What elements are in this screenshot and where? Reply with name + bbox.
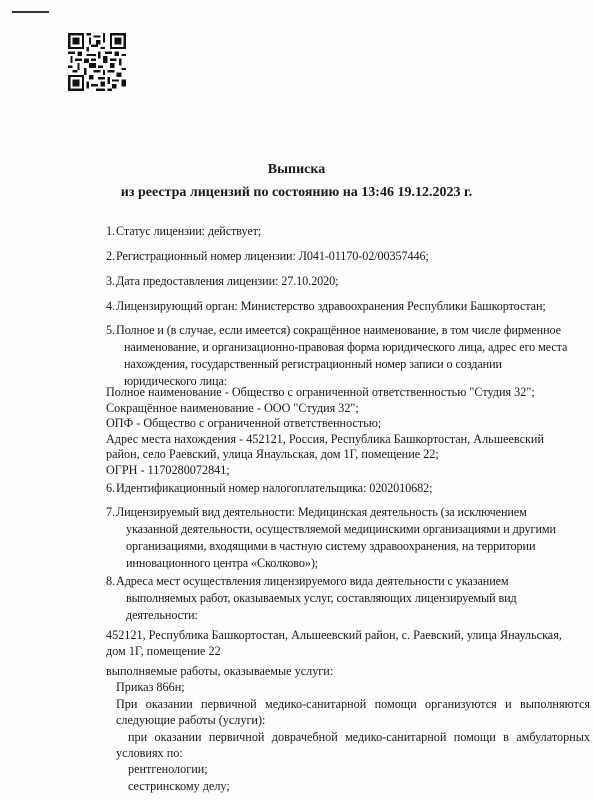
activity-address-line: дом 1Г, помещение 22: [106, 644, 586, 660]
item-grant-date: 3. Дата предоставления лицензии: 27.10.2…: [106, 273, 338, 290]
entity-short-name: Сокращённое наименование - ООО "Студия 3…: [106, 401, 586, 417]
item-text: выполняемых работ, оказываемых услуг, со…: [106, 590, 517, 607]
service-item: сестринскому делу;: [106, 778, 590, 794]
entity-opf: ОПФ - Общество с ограниченной ответствен…: [106, 416, 586, 432]
item-entity-names: 5. Полное и (в случае, если имеется) сок…: [106, 322, 567, 390]
item-license-status: 1. Статус лицензии: действует;: [106, 223, 261, 240]
services-section: выполняемые работы, оказываемые услуги: …: [106, 663, 590, 794]
item-text: Полное и (в случае, если имеется) сокращ…: [106, 322, 567, 339]
item-text: Дата предоставления лицензии: 27.10.2020…: [106, 273, 338, 290]
item-text: Адреса мест осуществления лицензируемого…: [106, 573, 517, 590]
services-sub-intro: при оказании первичной доврачебной медик…: [106, 729, 590, 762]
item-number: 5.: [106, 322, 115, 339]
item-text: нахождения, государственный регистрацион…: [106, 356, 567, 373]
item-text: указанной деятельности, осуществляемой м…: [106, 521, 556, 538]
entity-full-name: Полное наименование - Общество с огранич…: [106, 385, 586, 401]
document-title: Выписка: [0, 162, 593, 178]
item-registration-number: 2. Регистрационный номер лицензии: Л041-…: [106, 248, 429, 265]
item-text: Регистрационный номер лицензии: Л041-011…: [106, 248, 429, 265]
item-text: организациями, входящими в частную систе…: [106, 538, 556, 555]
item-text: деятельности:: [106, 607, 517, 624]
item-number: 7.: [106, 504, 115, 521]
item-activity-addresses: 8. Адреса мест осуществления лицензируем…: [106, 573, 517, 624]
scan-mark: [12, 11, 49, 13]
item-text: Статус лицензии: действует;: [106, 223, 261, 240]
item-licensing-authority: 4. Лицензирующий орган: Министерство здр…: [106, 298, 546, 315]
document-subtitle: из реестра лицензий по состоянию на 13:4…: [0, 185, 593, 201]
item-number: 8.: [106, 573, 115, 590]
item-text: инновационного центра «Сколково»);: [106, 555, 556, 572]
services-order: Приказ 866н;: [106, 679, 590, 695]
item-text: Лицензируемый вид деятельности: Медицинс…: [106, 504, 556, 521]
item-licensed-activity: 7. Лицензируемый вид деятельности: Медиц…: [106, 504, 556, 572]
entity-address-cont: район, село Раевский, улица Янаульская, …: [106, 447, 586, 463]
activity-address-line: 452121, Республика Башкортостан, Альшеев…: [106, 628, 586, 644]
item-number: 6.: [106, 480, 115, 497]
item-number: 4.: [106, 298, 115, 315]
item-text: наименование, и организационно-правовая …: [106, 339, 567, 356]
entity-ogrn: ОГРН - 1170280072841;: [106, 463, 586, 479]
item-text: Идентификационный номер налогоплательщик…: [106, 480, 432, 497]
item-number: 3.: [106, 273, 115, 290]
item-inn: 6. Идентификационный номер налогоплатель…: [106, 480, 432, 497]
activity-address: 452121, Республика Башкортостан, Альшеев…: [106, 628, 586, 659]
service-item: рентгенологии;: [106, 761, 590, 777]
item-text: Лицензирующий орган: Министерство здраво…: [106, 298, 546, 315]
qr-code-icon: [68, 33, 126, 91]
entity-details: Полное наименование - Общество с огранич…: [106, 385, 586, 479]
entity-address: Адрес места нахождения - 452121, Россия,…: [106, 432, 586, 448]
item-number: 2.: [106, 248, 115, 265]
item-number: 1.: [106, 223, 115, 240]
services-intro: При оказании первичной медико-санитарной…: [106, 696, 590, 729]
services-heading: выполняемые работы, оказываемые услуги:: [106, 663, 590, 679]
